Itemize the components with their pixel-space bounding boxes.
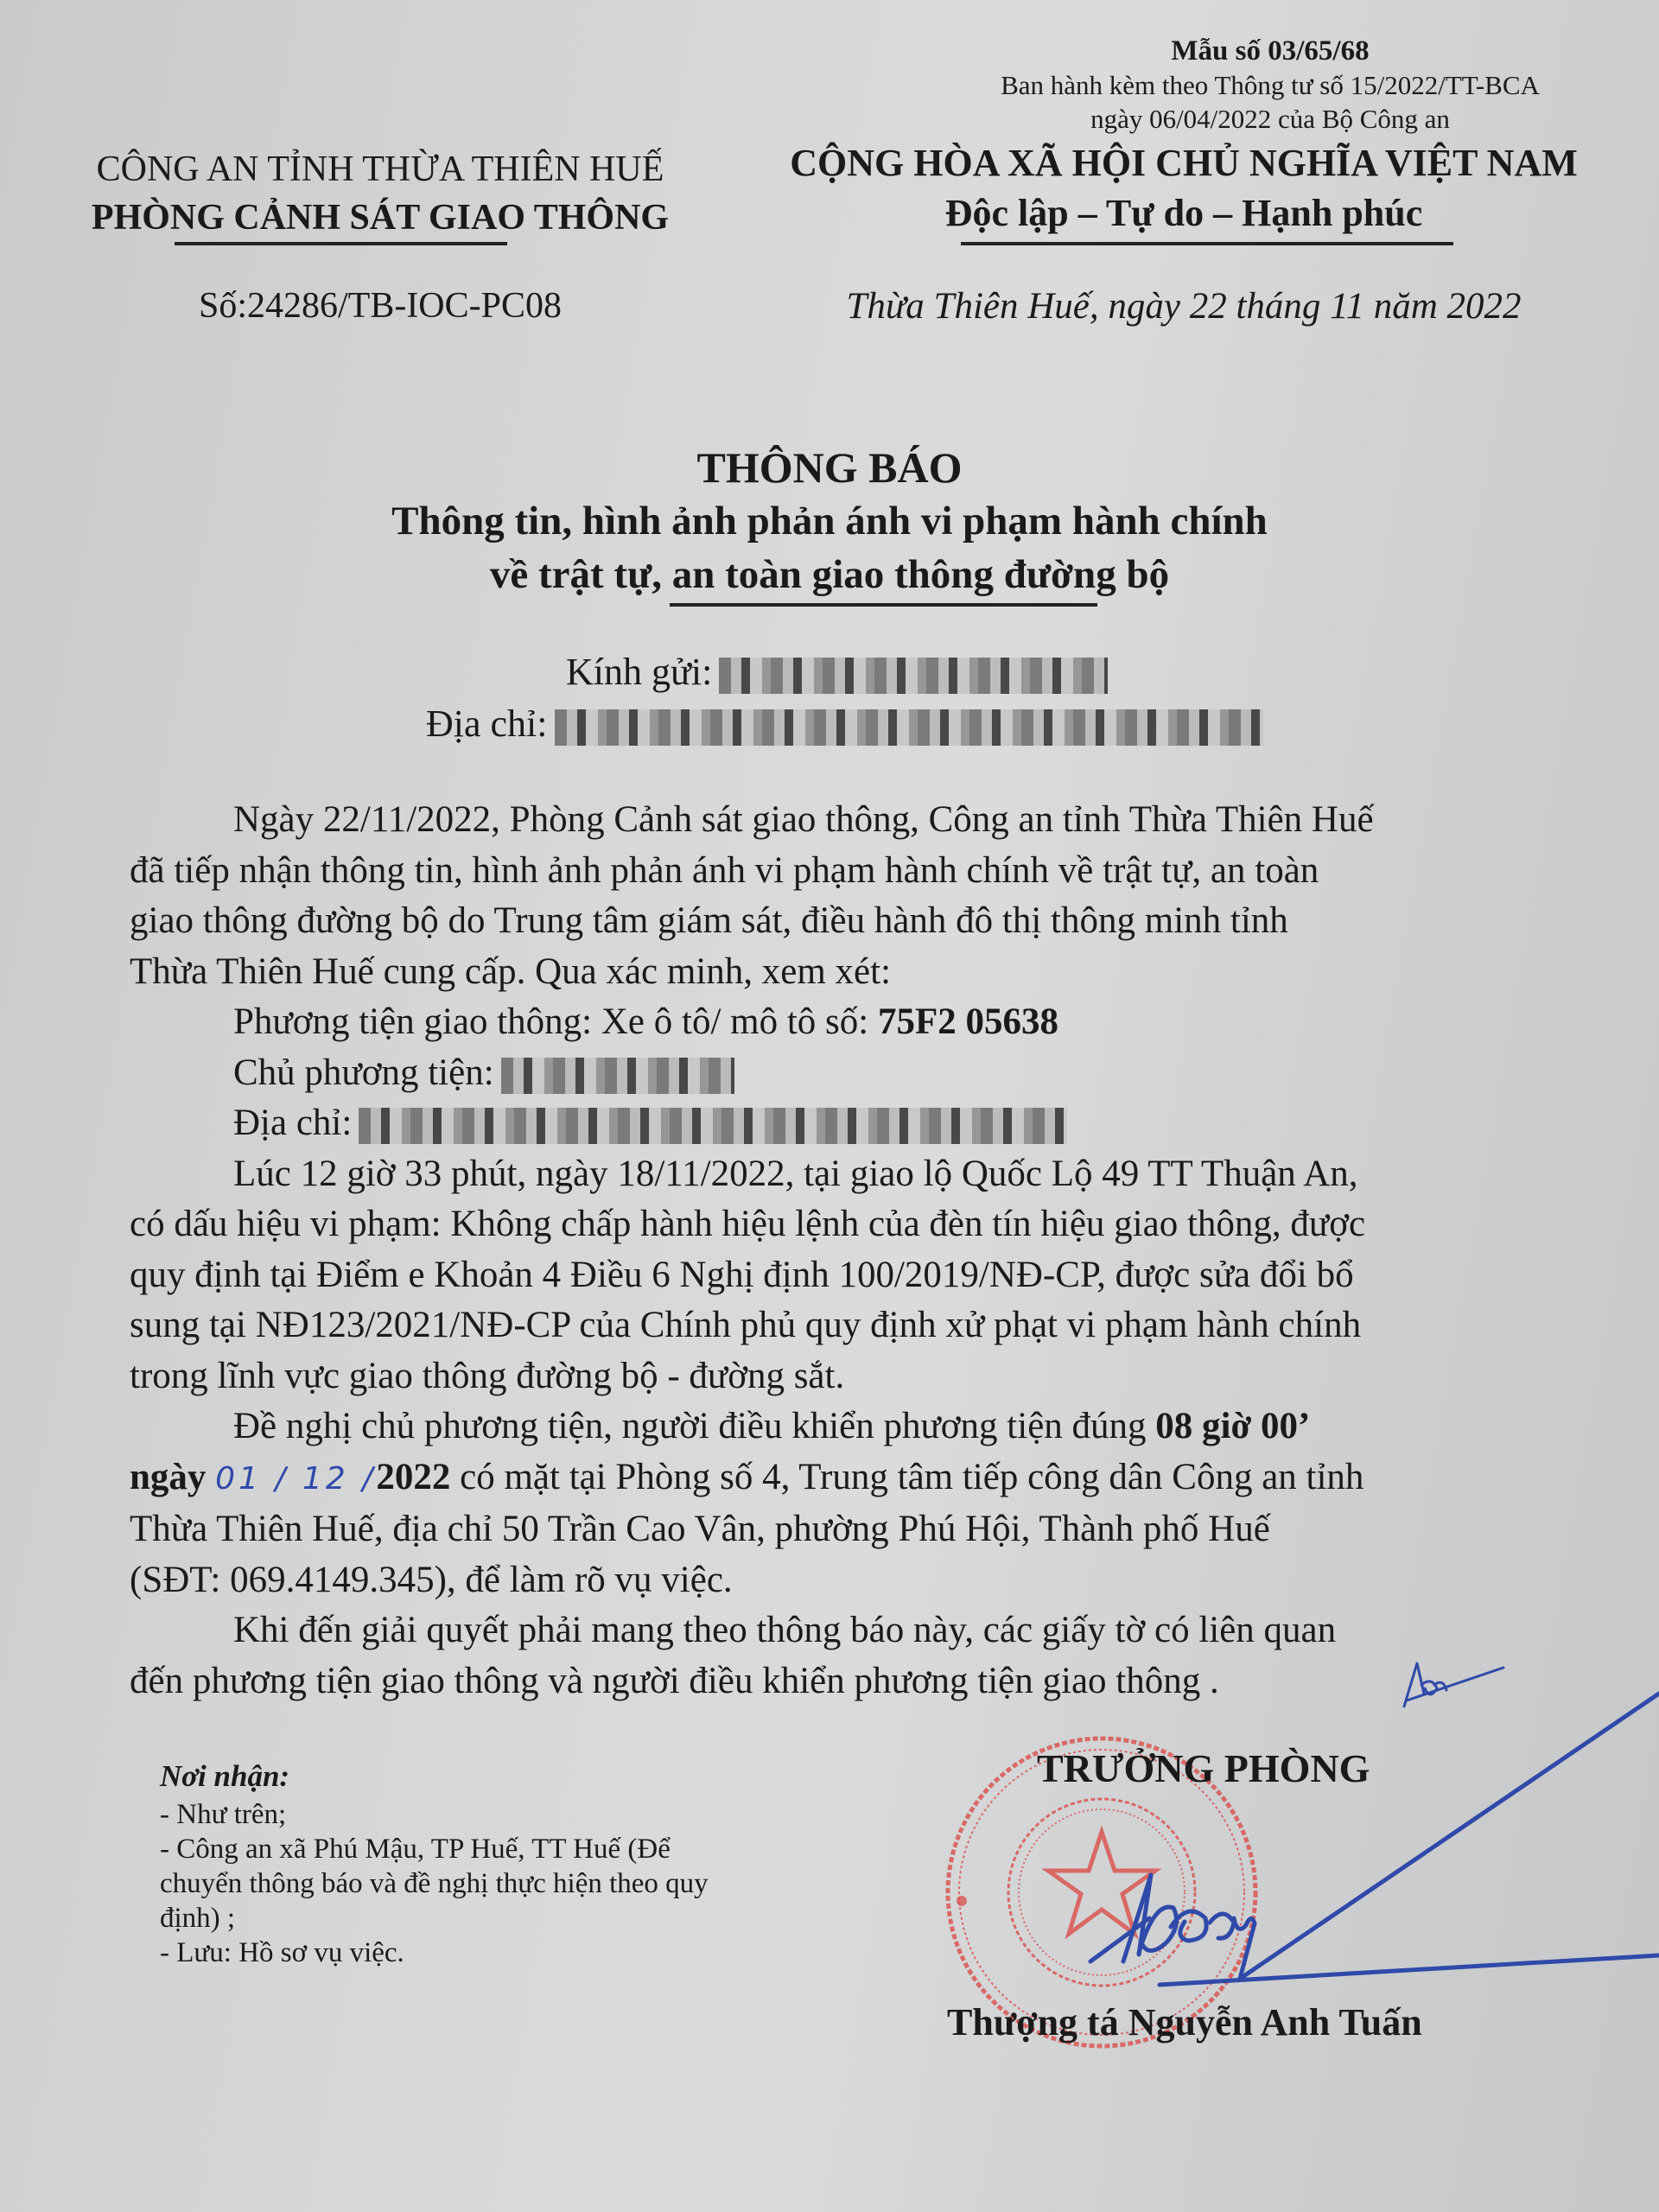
handwritten-date: 01 / 12 / bbox=[215, 1461, 376, 1497]
national-header: CỘNG HÒA XÃ HỘI CHỦ NGHĨA VIỆT NAM Độc l… bbox=[743, 138, 1624, 238]
owner-address-label: Địa chỉ: bbox=[233, 1103, 352, 1143]
appointment-line-1: Đề nghị chủ phương tiện, người điều khiể… bbox=[130, 1402, 1599, 1452]
form-issued-date: ngày 06/04/2022 của Bộ Công an bbox=[933, 102, 1607, 136]
redacted-owner bbox=[501, 1058, 734, 1094]
owner-address-line: Địa chỉ: bbox=[130, 1098, 1599, 1149]
body-line: giao thông đường bộ do Trung tâm giám sá… bbox=[130, 896, 1599, 947]
body-line: có dấu hiệu vi phạm: Không chấp hành hiệ… bbox=[130, 1199, 1599, 1250]
title-underline bbox=[670, 603, 1097, 607]
appointment-location: có mặt tại Phòng số 4, Trung tâm tiếp cô… bbox=[450, 1457, 1363, 1497]
addressee-address-label: Địa chỉ: bbox=[426, 702, 548, 745]
form-issued-with: Ban hành kèm theo Thông tư số 15/2022/TT… bbox=[933, 68, 1607, 102]
country-name: CỘNG HÒA XÃ HỘI CHỦ NGHĨA VIỆT NAM bbox=[743, 138, 1624, 188]
redacted-owner-address bbox=[359, 1108, 1067, 1144]
title-subtitle-2: về trật tự, an toàn giao thông đường bộ bbox=[0, 548, 1659, 601]
body-line: Ngày 22/11/2022, Phòng Cảnh sát giao thô… bbox=[130, 795, 1599, 846]
signatory-name: Thượng tá Nguyễn Anh Tuấn bbox=[947, 2000, 1422, 2044]
body-line: đã tiếp nhận thông tin, hình ảnh phản án… bbox=[130, 846, 1599, 897]
agency-parent: CÔNG AN TỈNH THỪA THIÊN HUẾ bbox=[35, 145, 726, 194]
recipients-heading: Nơi nhận: bbox=[160, 1759, 709, 1794]
vehicle-line: Phương tiện giao thông: Xe ô tô/ mô tô s… bbox=[130, 997, 1599, 1048]
recipients-list: Nơi nhận: - Như trên; - Công an xã Phú M… bbox=[160, 1759, 709, 1970]
form-code: Mẫu số 03/65/68 bbox=[933, 35, 1607, 68]
recipient-item: định) ; bbox=[160, 1901, 709, 1935]
agency-header: CÔNG AN TỈNH THỪA THIÊN HUẾ PHÒNG CẢNH S… bbox=[35, 145, 726, 242]
vehicle-plate: 75F2 05638 bbox=[878, 1001, 1058, 1042]
redacted-name bbox=[719, 658, 1108, 694]
document-number: Số:24286/TB-IOC-PC08 bbox=[35, 285, 726, 327]
title-subtitle-1: Thông tin, hình ảnh phản ánh vi phạm hàn… bbox=[0, 494, 1659, 548]
recipient-item: - Công an xã Phú Mậu, TP Huế, TT Huế (Để bbox=[160, 1832, 709, 1866]
appointment-text: Đề nghị chủ phương tiện, người điều khiể… bbox=[233, 1406, 1155, 1446]
body-line: Lúc 12 giờ 33 phút, ngày 18/11/2022, tại… bbox=[130, 1149, 1599, 1200]
redacted-address bbox=[555, 709, 1263, 746]
body-line: (SĐT: 069.4149.345), để làm rõ vụ việc. bbox=[130, 1555, 1599, 1606]
agency-department: PHÒNG CẢNH SÁT GIAO THÔNG bbox=[92, 194, 669, 242]
motto-underline bbox=[961, 242, 1453, 245]
body-line: Khi đến giải quyết phải mang theo thông … bbox=[130, 1605, 1599, 1656]
body-line: Thừa Thiên Huế cung cấp. Qua xác minh, x… bbox=[130, 947, 1599, 998]
addressee-to-label: Kính gửi: bbox=[566, 651, 712, 693]
body-line: Thừa Thiên Huế, địa chỉ 50 Trần Cao Vân,… bbox=[130, 1504, 1599, 1555]
body-paragraph-1: Ngày 22/11/2022, Phòng Cảnh sát giao thô… bbox=[130, 795, 1599, 1707]
addressee-address: Địa chỉ: bbox=[426, 702, 1263, 746]
signatory-title: TRƯỞNG PHÒNG bbox=[1037, 1745, 1370, 1791]
recipient-item: - Như trên; bbox=[160, 1797, 709, 1832]
recipient-item: chuyển thông báo và đề nghị thực hiện th… bbox=[160, 1866, 709, 1901]
title-main: THÔNG BÁO bbox=[0, 441, 1659, 494]
national-motto: Độc lập – Tự do – Hạnh phúc bbox=[743, 188, 1624, 238]
appointment-line-2: ngày 01 / 12 /2022 có mặt tại Phòng số 4… bbox=[130, 1452, 1599, 1505]
addressee-to: Kính gửi: bbox=[566, 650, 1108, 694]
owner-label: Chủ phương tiện: bbox=[233, 1052, 494, 1093]
body-line: đến phương tiện giao thông và người điều… bbox=[130, 1656, 1599, 1707]
vehicle-label: Phương tiện giao thông: Xe ô tô/ mô tô s… bbox=[233, 1001, 878, 1042]
dateline: Thừa Thiên Huế, ngày 22 tháng 11 năm 202… bbox=[743, 285, 1624, 327]
agency-underline bbox=[175, 242, 507, 245]
owner-line: Chủ phương tiện: bbox=[130, 1048, 1599, 1099]
recipient-item: - Lưu: Hồ sơ vụ việc. bbox=[160, 1935, 709, 1970]
appointment-time: 08 giờ 00’ bbox=[1155, 1406, 1310, 1446]
appointment-day-label: ngày bbox=[130, 1457, 206, 1497]
body-line: trong lĩnh vực giao thông đường bộ - đườ… bbox=[130, 1351, 1599, 1402]
body-line: sung tại NĐ123/2021/NĐ-CP của Chính phủ … bbox=[130, 1300, 1599, 1351]
body-line: quy định tại Điểm e Khoản 4 Điều 6 Nghị … bbox=[130, 1250, 1599, 1301]
document-title: THÔNG BÁO Thông tin, hình ảnh phản ánh v… bbox=[0, 441, 1659, 601]
form-reference: Mẫu số 03/65/68 Ban hành kèm theo Thông … bbox=[933, 35, 1607, 136]
appointment-year: 2022 bbox=[376, 1457, 450, 1497]
